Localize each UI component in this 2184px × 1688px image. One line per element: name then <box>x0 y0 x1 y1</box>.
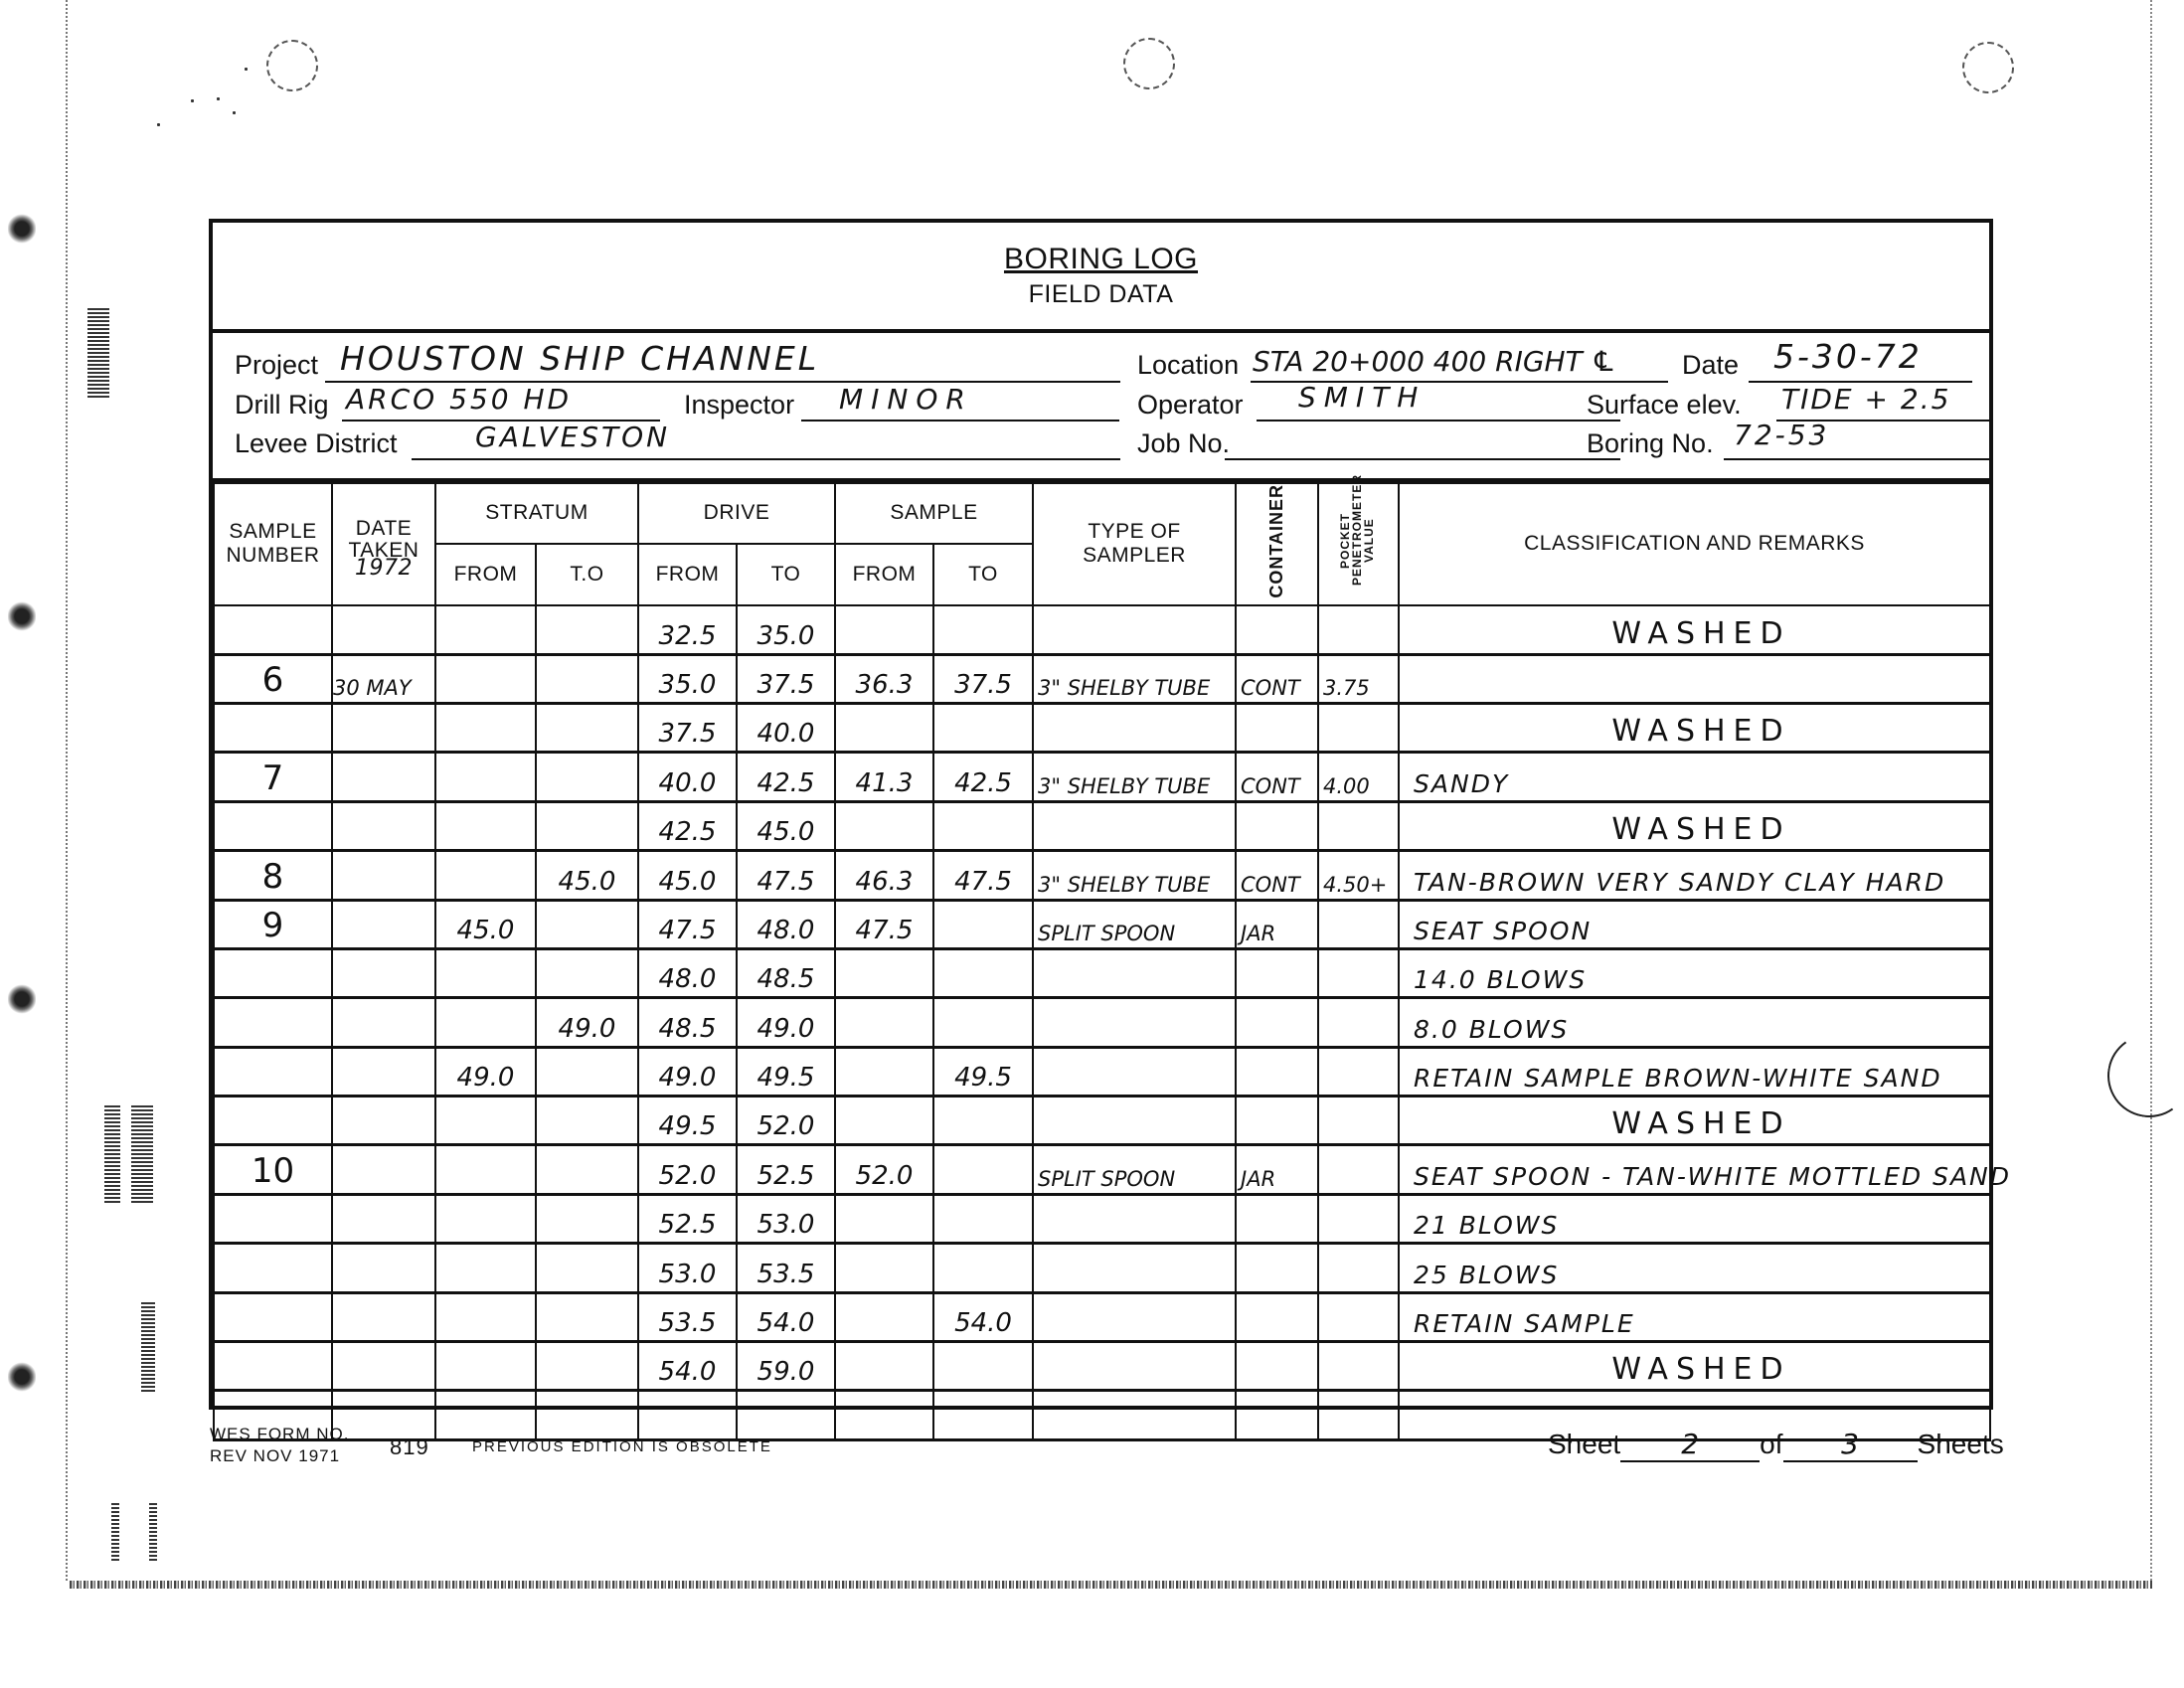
sampler-type-cell[interactable] <box>1033 1391 1236 1439</box>
drill-rig-field[interactable]: ARCO 550 HD <box>346 383 572 416</box>
sampler-type-cell[interactable] <box>1033 998 1236 1047</box>
scan-mark <box>87 308 109 398</box>
job-no-underline <box>1225 458 1620 460</box>
sampler-type-cell[interactable] <box>1033 801 1236 850</box>
header-stratum-to: T.O <box>536 544 638 605</box>
drill-rig-label: Drill Rig <box>235 390 329 421</box>
binder-shadow-1 <box>8 214 36 244</box>
container-cell[interactable] <box>1236 801 1318 850</box>
stratum-to-cell[interactable]: 49.0 <box>536 998 638 1047</box>
sample-number-cell[interactable] <box>214 1342 332 1391</box>
sampler-type-cell[interactable] <box>1033 1342 1236 1391</box>
container-cell[interactable]: JAR <box>1236 900 1318 948</box>
drive-from-cell[interactable]: 53.5 <box>638 1292 737 1341</box>
stratum-from-cell[interactable] <box>435 801 536 850</box>
drive-to-cell[interactable]: 49.5 <box>737 1047 835 1096</box>
table-row: 54.059.0WASHED <box>214 1342 1990 1391</box>
penetrometer-cell[interactable] <box>1318 605 1399 654</box>
table-row: 42.545.0WASHED <box>214 801 1990 850</box>
penetrometer-cell[interactable] <box>1318 948 1399 997</box>
date-taken-cell[interactable] <box>332 1194 435 1243</box>
stratum-from-cell[interactable]: 45.0 <box>435 900 536 948</box>
container-cell[interactable] <box>1236 1244 1318 1292</box>
header-classification: CLASSIFICATION AND REMARKS <box>1399 483 1990 605</box>
drive-from-cell[interactable]: 49.0 <box>638 1047 737 1096</box>
sample-to-cell[interactable]: 47.5 <box>933 851 1033 900</box>
sample-number-cell[interactable] <box>214 948 332 997</box>
stratum-from-cell[interactable] <box>435 753 536 801</box>
drive-to-cell[interactable]: 52.5 <box>737 1145 835 1194</box>
table-row: 32.535.0WASHED <box>214 605 1990 654</box>
stratum-to-cell[interactable] <box>536 1292 638 1341</box>
sample-number-cell[interactable] <box>214 703 332 752</box>
sampler-type-cell[interactable]: SPLIT SPOON <box>1033 1145 1236 1194</box>
location-field[interactable]: STA 20+000 400 RIGHT ℄ <box>1253 345 1616 378</box>
drive-to-cell[interactable]: 35.0 <box>737 605 835 654</box>
form-title: BORING LOG <box>213 243 1989 276</box>
remarks-cell[interactable]: SEAT SPOON - TAN-WHITE MOTTLED SAND <box>1399 1145 1990 1194</box>
stratum-from-cell[interactable] <box>435 654 536 703</box>
sheet-label: Sheet <box>1548 1429 1620 1459</box>
penetrometer-cell[interactable] <box>1318 1097 1399 1145</box>
date-taken-cell[interactable] <box>332 1342 435 1391</box>
header-pocket-penetrometer-label: POCKET PENETROMETER VALUE <box>1339 496 1379 586</box>
sampler-type-cell[interactable] <box>1033 1097 1236 1145</box>
sample-from-cell[interactable] <box>835 948 933 997</box>
speckle <box>191 99 194 102</box>
drive-to-cell[interactable] <box>737 1391 835 1439</box>
penetrometer-cell[interactable]: 4.50+ <box>1318 851 1399 900</box>
header-container-label: CONTAINER <box>1266 484 1287 598</box>
drive-to-cell[interactable]: 49.0 <box>737 998 835 1047</box>
remarks-cell[interactable]: WASHED <box>1399 1342 1990 1391</box>
table-row: 945.047.548.047.5SPLIT SPOONJARSEAT SPOO… <box>214 900 1990 948</box>
sample-from-cell[interactable] <box>835 1194 933 1243</box>
sample-number-cell[interactable] <box>214 605 332 654</box>
inspector-label: Inspector <box>684 390 794 421</box>
sample-to-cell[interactable] <box>933 1342 1033 1391</box>
sheet-number-field[interactable]: 2 <box>1620 1428 1760 1462</box>
sample-from-cell[interactable] <box>835 605 933 654</box>
table-row: 1052.052.552.0SPLIT SPOONJARSEAT SPOON -… <box>214 1145 1990 1194</box>
sample-to-cell[interactable] <box>933 1391 1033 1439</box>
sample-to-cell[interactable] <box>933 900 1033 948</box>
stratum-from-cell[interactable] <box>435 1244 536 1292</box>
sample-from-cell[interactable] <box>835 1292 933 1341</box>
sample-from-cell[interactable] <box>835 1097 933 1145</box>
penetrometer-cell[interactable] <box>1318 1342 1399 1391</box>
date-taken-cell[interactable] <box>332 605 435 654</box>
remarks-cell[interactable]: 21 BLOWS <box>1399 1194 1990 1243</box>
table-row: 49.048.549.08.0 BLOWS <box>214 998 1990 1047</box>
remarks-cell[interactable]: TAN-BROWN VERY SANDY CLAY HARD <box>1399 851 1990 900</box>
boring-no-underline <box>1724 458 1990 460</box>
sample-from-cell[interactable] <box>835 703 933 752</box>
drive-from-cell[interactable]: 45.0 <box>638 851 737 900</box>
stratum-to-cell[interactable] <box>536 1391 638 1439</box>
boring-no-field[interactable]: 72-53 <box>1734 419 1829 451</box>
drive-from-cell[interactable]: 48.0 <box>638 948 737 997</box>
operator-label: Operator <box>1137 390 1244 421</box>
date-taken-cell[interactable] <box>332 851 435 900</box>
sample-number-cell[interactable] <box>214 1292 332 1341</box>
stratum-from-cell[interactable] <box>435 1145 536 1194</box>
remarks-cell[interactable]: 14.0 BLOWS <box>1399 948 1990 997</box>
remarks-cell[interactable]: RETAIN SAMPLE BROWN-WHITE SAND <box>1399 1047 1990 1096</box>
penetrometer-cell[interactable] <box>1318 998 1399 1047</box>
sheets-label: Sheets <box>1918 1429 2004 1459</box>
stratum-to-cell[interactable] <box>536 1145 638 1194</box>
date-taken-cell[interactable] <box>332 703 435 752</box>
header-sample-number: SAMPLE NUMBER <box>214 483 332 605</box>
sample-from-cell[interactable]: 36.3 <box>835 654 933 703</box>
date-taken-cell[interactable] <box>332 753 435 801</box>
table-row: 37.540.0WASHED <box>214 703 1990 752</box>
drive-to-cell[interactable]: 53.5 <box>737 1244 835 1292</box>
stratum-to-cell[interactable] <box>536 654 638 703</box>
penetrometer-cell[interactable]: 4.00 <box>1318 753 1399 801</box>
sheet-total-field[interactable]: 3 <box>1783 1428 1918 1462</box>
punch-hole-left <box>266 40 318 91</box>
sample-number-cell[interactable] <box>214 998 332 1047</box>
penetrometer-cell[interactable] <box>1318 1194 1399 1243</box>
drive-from-cell[interactable]: 54.0 <box>638 1342 737 1391</box>
header-sample: SAMPLE <box>835 483 1033 544</box>
operator-field[interactable]: SMITH <box>1298 381 1426 414</box>
sample-from-cell[interactable]: 52.0 <box>835 1145 933 1194</box>
pen-mark <box>2100 1027 2184 1123</box>
header-drive-to: TO <box>737 544 835 605</box>
container-cell[interactable] <box>1236 948 1318 997</box>
stratum-to-cell[interactable] <box>536 1047 638 1096</box>
scan-edge-bottom <box>70 1581 2152 1589</box>
drive-from-cell[interactable]: 47.5 <box>638 900 737 948</box>
drive-to-cell[interactable]: 54.0 <box>737 1292 835 1341</box>
table-row: 52.553.021 BLOWS <box>214 1194 1990 1243</box>
sheet-counter: Sheet2of3Sheets <box>1548 1428 2004 1462</box>
sample-from-cell[interactable] <box>835 998 933 1047</box>
date-taken-cell[interactable] <box>332 998 435 1047</box>
drive-from-cell[interactable]: 53.0 <box>638 1244 737 1292</box>
remarks-cell[interactable]: 8.0 BLOWS <box>1399 998 1990 1047</box>
scan-mark <box>111 1501 119 1561</box>
sample-number-cell[interactable] <box>214 1194 332 1243</box>
container-cell[interactable]: CONT <box>1236 851 1318 900</box>
penetrometer-cell[interactable] <box>1318 1244 1399 1292</box>
sample-number-cell[interactable]: 9 <box>214 900 332 948</box>
sample-from-cell[interactable]: 46.3 <box>835 851 933 900</box>
header-stratum: STRATUM <box>435 483 638 544</box>
stratum-to-cell[interactable] <box>536 605 638 654</box>
header-type-of-sampler: TYPE OF SAMPLER <box>1033 483 1236 605</box>
drive-from-cell[interactable]: 40.0 <box>638 753 737 801</box>
stratum-to-cell[interactable] <box>536 1194 638 1243</box>
stratum-from-cell[interactable] <box>435 605 536 654</box>
sample-from-cell[interactable]: 41.3 <box>835 753 933 801</box>
sampler-type-cell[interactable] <box>1033 1292 1236 1341</box>
stratum-from-cell[interactable] <box>435 998 536 1047</box>
date-taken-cell[interactable] <box>332 948 435 997</box>
form-no-label: WES FORM NO. <box>210 1424 349 1445</box>
sample-to-cell[interactable] <box>933 703 1033 752</box>
remarks-cell[interactable]: WASHED <box>1399 703 1990 752</box>
log-rows: 32.535.0WASHED630 MAY35.037.536.337.53" … <box>214 605 1990 1440</box>
table-row: 53.053.525 BLOWS <box>214 1244 1990 1292</box>
punch-hole-right <box>1962 42 2014 93</box>
form-title-block: BORING LOG FIELD DATA <box>213 223 1989 333</box>
sample-to-cell[interactable] <box>933 1097 1033 1145</box>
stratum-to-cell[interactable] <box>536 753 638 801</box>
sample-to-cell[interactable] <box>933 948 1033 997</box>
project-info: Project HOUSTON SHIP CHANNEL Location ST… <box>213 333 1989 482</box>
inspector-field[interactable]: MINOR <box>839 383 973 416</box>
stratum-from-cell[interactable] <box>435 1194 536 1243</box>
boring-log-form: BORING LOG FIELD DATA Project HOUSTON SH… <box>209 219 1993 1410</box>
remarks-cell[interactable]: 25 BLOWS <box>1399 1244 1990 1292</box>
table-row: 630 MAY35.037.536.337.53" SHELBY TUBECON… <box>214 654 1990 703</box>
date-taken-cell[interactable] <box>332 1047 435 1096</box>
sample-from-cell[interactable] <box>835 1342 933 1391</box>
drive-to-cell[interactable]: 48.5 <box>737 948 835 997</box>
drive-to-cell[interactable]: 45.0 <box>737 801 835 850</box>
sampler-type-cell[interactable] <box>1033 605 1236 654</box>
project-label: Project <box>235 350 318 381</box>
stratum-to-cell[interactable] <box>536 1097 638 1145</box>
date-field[interactable]: 5-30-72 <box>1773 337 1923 376</box>
sample-to-cell[interactable] <box>933 801 1033 850</box>
sample-number-cell[interactable]: 10 <box>214 1145 332 1194</box>
drive-from-cell[interactable]: 37.5 <box>638 703 737 752</box>
penetrometer-cell[interactable] <box>1318 900 1399 948</box>
table-row: 49.049.049.549.5RETAIN SAMPLE BROWN-WHIT… <box>214 1047 1990 1096</box>
stratum-from-cell[interactable] <box>435 948 536 997</box>
stratum-to-cell[interactable]: 45.0 <box>536 851 638 900</box>
stratum-from-cell[interactable] <box>435 1097 536 1145</box>
stratum-from-cell[interactable]: 49.0 <box>435 1047 536 1096</box>
job-no-label: Job No. <box>1137 428 1230 459</box>
table-row: 740.042.541.342.53" SHELBY TUBECONT4.00S… <box>214 753 1990 801</box>
speckle <box>245 68 248 71</box>
sample-to-cell[interactable]: 49.5 <box>933 1047 1033 1096</box>
speckle <box>157 123 160 126</box>
header-container: CONTAINER <box>1236 483 1318 605</box>
sample-to-cell[interactable]: 54.0 <box>933 1292 1033 1341</box>
speckle <box>233 111 236 114</box>
surface-elev-label: Surface elev. <box>1587 390 1742 421</box>
date-label: Date <box>1682 350 1739 381</box>
stratum-from-cell[interactable] <box>435 703 536 752</box>
scan-mark <box>149 1501 157 1561</box>
binder-shadow-2 <box>8 601 36 631</box>
sample-to-cell[interactable] <box>933 1194 1033 1243</box>
header-date-taken: DATE TAKEN 1972 <box>332 483 435 605</box>
container-cell[interactable]: JAR <box>1236 1145 1318 1194</box>
sample-number-cell[interactable] <box>214 801 332 850</box>
sample-from-cell[interactable] <box>835 1047 933 1096</box>
header-pocket-penetrometer: POCKET PENETROMETER VALUE <box>1318 483 1399 605</box>
boring-no-label: Boring No. <box>1587 428 1714 459</box>
container-cell[interactable]: CONT <box>1236 753 1318 801</box>
sampler-type-cell[interactable]: 3" SHELBY TUBE <box>1033 654 1236 703</box>
surface-elev-field[interactable]: TIDE + 2.5 <box>1781 383 1950 416</box>
stratum-to-cell[interactable] <box>536 1342 638 1391</box>
scan-edge-left <box>66 0 68 1581</box>
sample-from-cell[interactable] <box>835 1391 933 1439</box>
remarks-cell[interactable]: SEAT SPOON <box>1399 900 1990 948</box>
table-row: 48.048.514.0 BLOWS <box>214 948 1990 997</box>
sample-number-cell[interactable]: 8 <box>214 851 332 900</box>
drive-to-cell[interactable]: 53.0 <box>737 1194 835 1243</box>
edition-note: PREVIOUS EDITION IS OBSOLETE <box>472 1438 772 1455</box>
form-revision: REV NOV 1971 <box>210 1445 349 1467</box>
form-subtitle: FIELD DATA <box>213 280 1989 309</box>
sample-number-cell[interactable] <box>214 1097 332 1145</box>
drive-to-cell[interactable]: 42.5 <box>737 753 835 801</box>
sampler-type-cell[interactable]: 3" SHELBY TUBE <box>1033 753 1236 801</box>
drive-to-cell[interactable]: 59.0 <box>737 1342 835 1391</box>
container-cell[interactable] <box>1236 1342 1318 1391</box>
scan-mark <box>141 1302 155 1392</box>
form-number: 819 <box>390 1435 429 1460</box>
punch-hole-center <box>1123 38 1175 89</box>
drive-from-cell[interactable]: 49.5 <box>638 1097 737 1145</box>
levee-district-label: Levee District <box>235 428 398 459</box>
header-sample-from: FROM <box>835 544 933 605</box>
stratum-to-cell[interactable] <box>536 948 638 997</box>
stratum-to-cell[interactable] <box>536 1244 638 1292</box>
container-cell[interactable] <box>1236 703 1318 752</box>
drive-to-cell[interactable]: 52.0 <box>737 1097 835 1145</box>
sample-number-cell[interactable]: 6 <box>214 654 332 703</box>
table-row: 53.554.054.0RETAIN SAMPLE <box>214 1292 1990 1341</box>
date-taken-cell[interactable] <box>332 1292 435 1341</box>
levee-district-underline <box>412 458 1120 460</box>
sample-number-cell[interactable] <box>214 1047 332 1096</box>
sampler-type-cell[interactable]: 3" SHELBY TUBE <box>1033 851 1236 900</box>
sample-to-cell[interactable]: 42.5 <box>933 753 1033 801</box>
drive-from-cell[interactable]: 52.0 <box>638 1145 737 1194</box>
operator-underline <box>1257 420 1620 422</box>
remarks-cell[interactable]: WASHED <box>1399 801 1990 850</box>
drive-to-cell[interactable]: 48.0 <box>737 900 835 948</box>
sample-number-cell[interactable] <box>214 1244 332 1292</box>
container-cell[interactable] <box>1236 1047 1318 1096</box>
binder-shadow-3 <box>8 984 36 1014</box>
sample-to-cell[interactable] <box>933 1244 1033 1292</box>
date-taken-cell[interactable] <box>332 1244 435 1292</box>
levee-district-field[interactable]: GALVESTON <box>475 421 670 453</box>
inspector-underline <box>801 420 1119 422</box>
container-cell[interactable]: CONT <box>1236 654 1318 703</box>
date-taken-cell[interactable] <box>332 900 435 948</box>
date-taken-cell[interactable] <box>332 1145 435 1194</box>
sample-to-cell[interactable]: 37.5 <box>933 654 1033 703</box>
remarks-cell[interactable]: WASHED <box>1399 1097 1990 1145</box>
location-label: Location <box>1137 350 1239 381</box>
sampler-type-cell[interactable] <box>1033 1047 1236 1096</box>
sample-to-cell[interactable] <box>933 605 1033 654</box>
project-field[interactable]: HOUSTON SHIP CHANNEL <box>340 339 819 378</box>
container-cell[interactable] <box>1236 1097 1318 1145</box>
stratum-from-cell[interactable] <box>435 1342 536 1391</box>
sample-number-cell[interactable]: 7 <box>214 753 332 801</box>
sampler-type-cell[interactable] <box>1033 1194 1236 1243</box>
drive-from-cell[interactable]: 32.5 <box>638 605 737 654</box>
container-cell[interactable] <box>1236 1391 1318 1439</box>
drive-from-cell[interactable] <box>638 1391 737 1439</box>
sampler-type-cell[interactable] <box>1033 948 1236 997</box>
drive-from-cell[interactable]: 52.5 <box>638 1194 737 1243</box>
drive-to-cell[interactable]: 37.5 <box>737 654 835 703</box>
date-taken-cell[interactable] <box>332 1097 435 1145</box>
container-cell[interactable] <box>1236 1194 1318 1243</box>
date-taken-cell[interactable] <box>332 801 435 850</box>
drive-from-cell[interactable]: 35.0 <box>638 654 737 703</box>
boring-log-table: SAMPLE NUMBER DATE TAKEN 1972 STRATUM DR… <box>213 482 1991 1441</box>
table-row: 49.552.0WASHED <box>214 1097 1990 1145</box>
sampler-type-cell[interactable]: SPLIT SPOON <box>1033 900 1236 948</box>
sample-from-cell[interactable] <box>835 1244 933 1292</box>
sample-to-cell[interactable] <box>933 1145 1033 1194</box>
stratum-to-cell[interactable] <box>536 703 638 752</box>
remarks-cell[interactable]: SANDY <box>1399 753 1990 801</box>
header-drive: DRIVE <box>638 483 835 544</box>
penetrometer-cell[interactable] <box>1318 1292 1399 1341</box>
stratum-from-cell[interactable] <box>435 1391 536 1439</box>
header-sample-to: TO <box>933 544 1033 605</box>
container-cell[interactable] <box>1236 605 1318 654</box>
container-cell[interactable] <box>1236 998 1318 1047</box>
drive-to-cell[interactable]: 47.5 <box>737 851 835 900</box>
sample-from-cell[interactable] <box>835 801 933 850</box>
sampler-type-cell[interactable] <box>1033 703 1236 752</box>
penetrometer-cell[interactable] <box>1318 1391 1399 1439</box>
remarks-cell[interactable] <box>1399 654 1990 703</box>
sampler-type-cell[interactable] <box>1033 1244 1236 1292</box>
header-stratum-from: FROM <box>435 544 536 605</box>
penetrometer-cell[interactable] <box>1318 801 1399 850</box>
header-drive-from: FROM <box>638 544 737 605</box>
sample-to-cell[interactable] <box>933 998 1033 1047</box>
table-row: 845.045.047.546.347.53" SHELBY TUBECONT4… <box>214 851 1990 900</box>
scan-edge-right <box>2150 0 2152 1581</box>
container-cell[interactable] <box>1236 1292 1318 1341</box>
stratum-to-cell[interactable] <box>536 900 638 948</box>
drive-from-cell[interactable]: 48.5 <box>638 998 737 1047</box>
penetrometer-cell[interactable] <box>1318 1047 1399 1096</box>
remarks-cell[interactable]: WASHED <box>1399 605 1990 654</box>
penetrometer-cell[interactable] <box>1318 1145 1399 1194</box>
penetrometer-cell[interactable] <box>1318 703 1399 752</box>
drive-from-cell[interactable]: 42.5 <box>638 801 737 850</box>
sample-from-cell[interactable]: 47.5 <box>835 900 933 948</box>
speckle <box>217 97 220 100</box>
penetrometer-cell[interactable]: 3.75 <box>1318 654 1399 703</box>
binder-shadow-4 <box>8 1362 36 1392</box>
stratum-to-cell[interactable] <box>536 801 638 850</box>
of-label: of <box>1760 1429 1782 1459</box>
scan-mark <box>104 1103 120 1203</box>
form-id: WES FORM NO. REV NOV 1971 <box>210 1424 349 1467</box>
date-taken-cell[interactable]: 30 MAY <box>332 654 435 703</box>
remarks-cell[interactable]: RETAIN SAMPLE <box>1399 1292 1990 1341</box>
scan-mark <box>131 1103 153 1203</box>
drive-to-cell[interactable]: 40.0 <box>737 703 835 752</box>
stratum-from-cell[interactable] <box>435 851 536 900</box>
stratum-from-cell[interactable] <box>435 1292 536 1341</box>
